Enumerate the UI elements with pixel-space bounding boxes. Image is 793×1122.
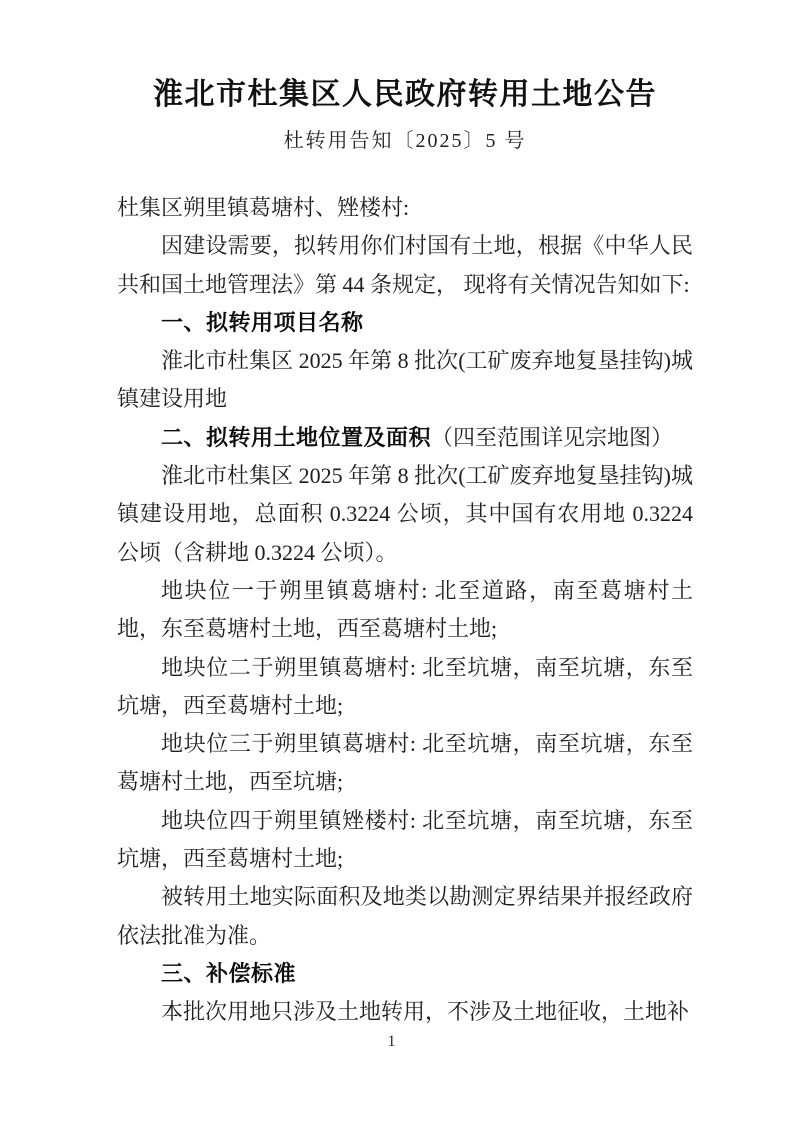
paragraph: 地块位三于朔里镇葛塘村: 北至坑塘，南至坑塘，东至葛塘村土地，西至坑塘; [117, 725, 693, 802]
document-page: 淮北市杜集区人民政府转用土地公告 杜转用告知〔2025〕5 号 杜集区朔里镇葛塘… [0, 0, 793, 1122]
paragraph: 被转用土地实际面积及地类以勘测定界结果并报经政府依法批准为准。 [117, 878, 693, 955]
section-heading-text: 一、拟转用项目名称 [161, 310, 364, 335]
paragraph: 淮北市杜集区 2025 年第 8 批次(工矿废弃地复垦挂钩)城镇建设用地，总面积… [117, 457, 693, 572]
section-heading-note: （四至范围详见宗地图） [431, 425, 673, 450]
section-heading-text: 二、拟转用土地位置及面积 [161, 425, 431, 450]
document-number: 杜转用告知〔2025〕5 号 [117, 126, 693, 156]
page-number: 1 [0, 1033, 783, 1051]
document-content: 淮北市杜集区人民政府转用土地公告 杜转用告知〔2025〕5 号 杜集区朔里镇葛塘… [117, 74, 693, 1032]
paragraph: 因建设需要，拟转用你们村国有土地，根据《中华人民共和国土地管理法》第 44 条规… [117, 227, 693, 304]
paragraph: 一、拟转用项目名称 [117, 304, 693, 342]
paragraph: 地块位一于朔里镇葛塘村: 北至道路，南至葛塘村土地，东至葛塘村土地，西至葛塘村土… [117, 572, 693, 649]
paragraph: 三、补偿标准 [117, 955, 693, 993]
paragraph: 地块位二于朔里镇葛塘村: 北至坑塘，南至坑塘，东至坑塘，西至葛塘村土地; [117, 649, 693, 726]
paragraph: 地块位四于朔里镇矬楼村: 北至坑塘，南至坑塘，东至坑塘，西至葛塘村土地; [117, 802, 693, 879]
paragraph: 本批次用地只涉及土地转用，不涉及土地征收，土地补 [117, 993, 693, 1031]
document-body: 杜集区朔里镇葛塘村、矬楼村:因建设需要，拟转用你们村国有土地，根据《中华人民共和… [117, 189, 693, 1032]
paragraph: 淮北市杜集区 2025 年第 8 批次(工矿废弃地复垦挂钩)城镇建设用地 [117, 342, 693, 419]
section-heading-text: 三、补偿标准 [161, 961, 296, 986]
paragraph: 二、拟转用土地位置及面积（四至范围详见宗地图） [117, 419, 693, 457]
document-title: 淮北市杜集区人民政府转用土地公告 [117, 74, 693, 116]
paragraph: 杜集区朔里镇葛塘村、矬楼村: [117, 189, 693, 227]
